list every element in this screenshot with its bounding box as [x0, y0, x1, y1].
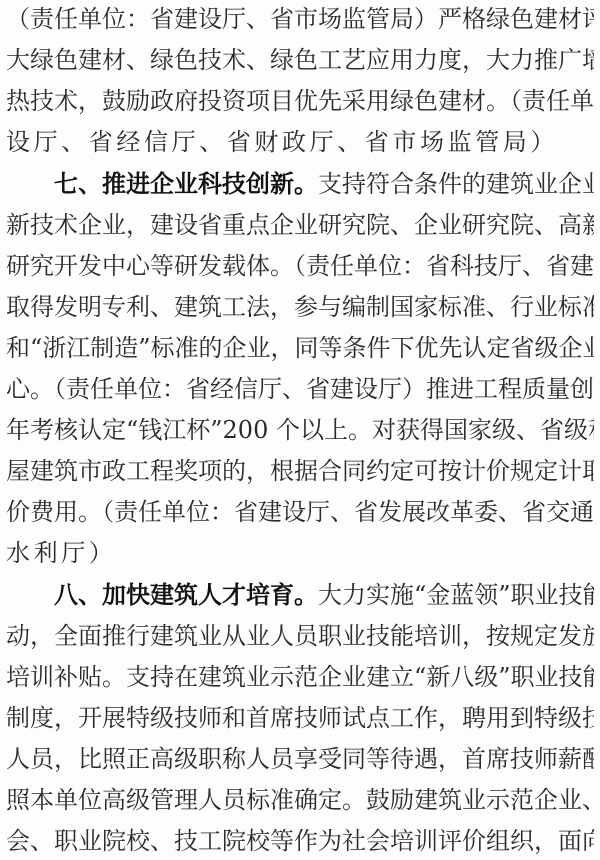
text-line: 年考核认定“钱江杯”200 个以上。对获得国家级、省级和市级房	[6, 415, 594, 445]
text-line: 培训补贴。支持在建筑业示范企业建立“新八级”职业技能等级	[6, 662, 594, 692]
text-line: 会、职业院校、技工院校等作为社会培训评价组织，面向中小建筑	[6, 826, 594, 856]
text-line: 水利厅）	[6, 538, 594, 568]
text-line: 屋建筑市政工程奖项的，根据合同约定可按计价规定计取优质优	[6, 456, 594, 486]
text-line: （责任单位：省建设厅、省市场监管局）严格绿色建材评价认证，加	[6, 4, 594, 34]
section-8-line: 八、加快建筑人才培育。大力实施“金蓝领”职业技能提升行	[54, 580, 594, 610]
text-line: 动，全面推行建筑业从业人员职业技能培训，按规定发放职业技能	[6, 621, 594, 651]
section-7-heading: 七、推进企业科技创新。	[54, 170, 318, 198]
section-7-text: 支持符合条件的建筑业企业申报高	[318, 170, 594, 198]
text-line: 制度，开展特级技师和首席技师试点工作，聘用到特级技师岗位的	[6, 703, 594, 733]
text-line: 照本单位高级管理人员标准确定。鼓励建筑业示范企业、行业协	[6, 785, 594, 815]
text-line: 新技术企业，建设省重点企业研究院、企业研究院、高新技术企业	[6, 210, 594, 240]
text-line: 心。（责任单位：省经信厅、省建设厅）推进工程质量创优创杯，每	[6, 374, 594, 404]
text-line: 人员，比照正高级职称人员享受同等待遇，首席技师薪酬待遇可参	[6, 744, 594, 774]
text-line: 取得发明专利、建筑工法，参与编制国家标准、行业标准、地方标准	[6, 292, 594, 322]
section-8-text: 大力实施“金蓝领”职业技能提升行	[318, 581, 594, 609]
text-line: 设厅、省经信厅、省财政厅、省市场监管局）	[6, 127, 594, 157]
document-page: （责任单位：省建设厅、省市场监管局）严格绿色建材评价认证，加 大绿色建材、绿色技…	[0, 0, 600, 860]
text-line: 和“浙江制造”标准的企业，同等条件下优先认定省级企业技术中	[6, 333, 594, 363]
section-8-heading: 八、加快建筑人才培育。	[54, 581, 318, 609]
text-line: 热技术，鼓励政府投资项目优先采用绿色建材。（责任单位：省建	[6, 86, 594, 116]
text-line: 价费用。（责任单位：省建设厅、省发展改革委、省交通运输厅、省	[6, 497, 594, 527]
text-line: 大绿色建材、绿色技术、绿色工艺应用力度，大力推广墙体保温隔	[6, 45, 594, 75]
text-line: 研究开发中心等研发载体。（责任单位：省科技厅、省建设厅）对	[6, 251, 594, 281]
section-7-line: 七、推进企业科技创新。支持符合条件的建筑业企业申报高	[54, 169, 594, 199]
